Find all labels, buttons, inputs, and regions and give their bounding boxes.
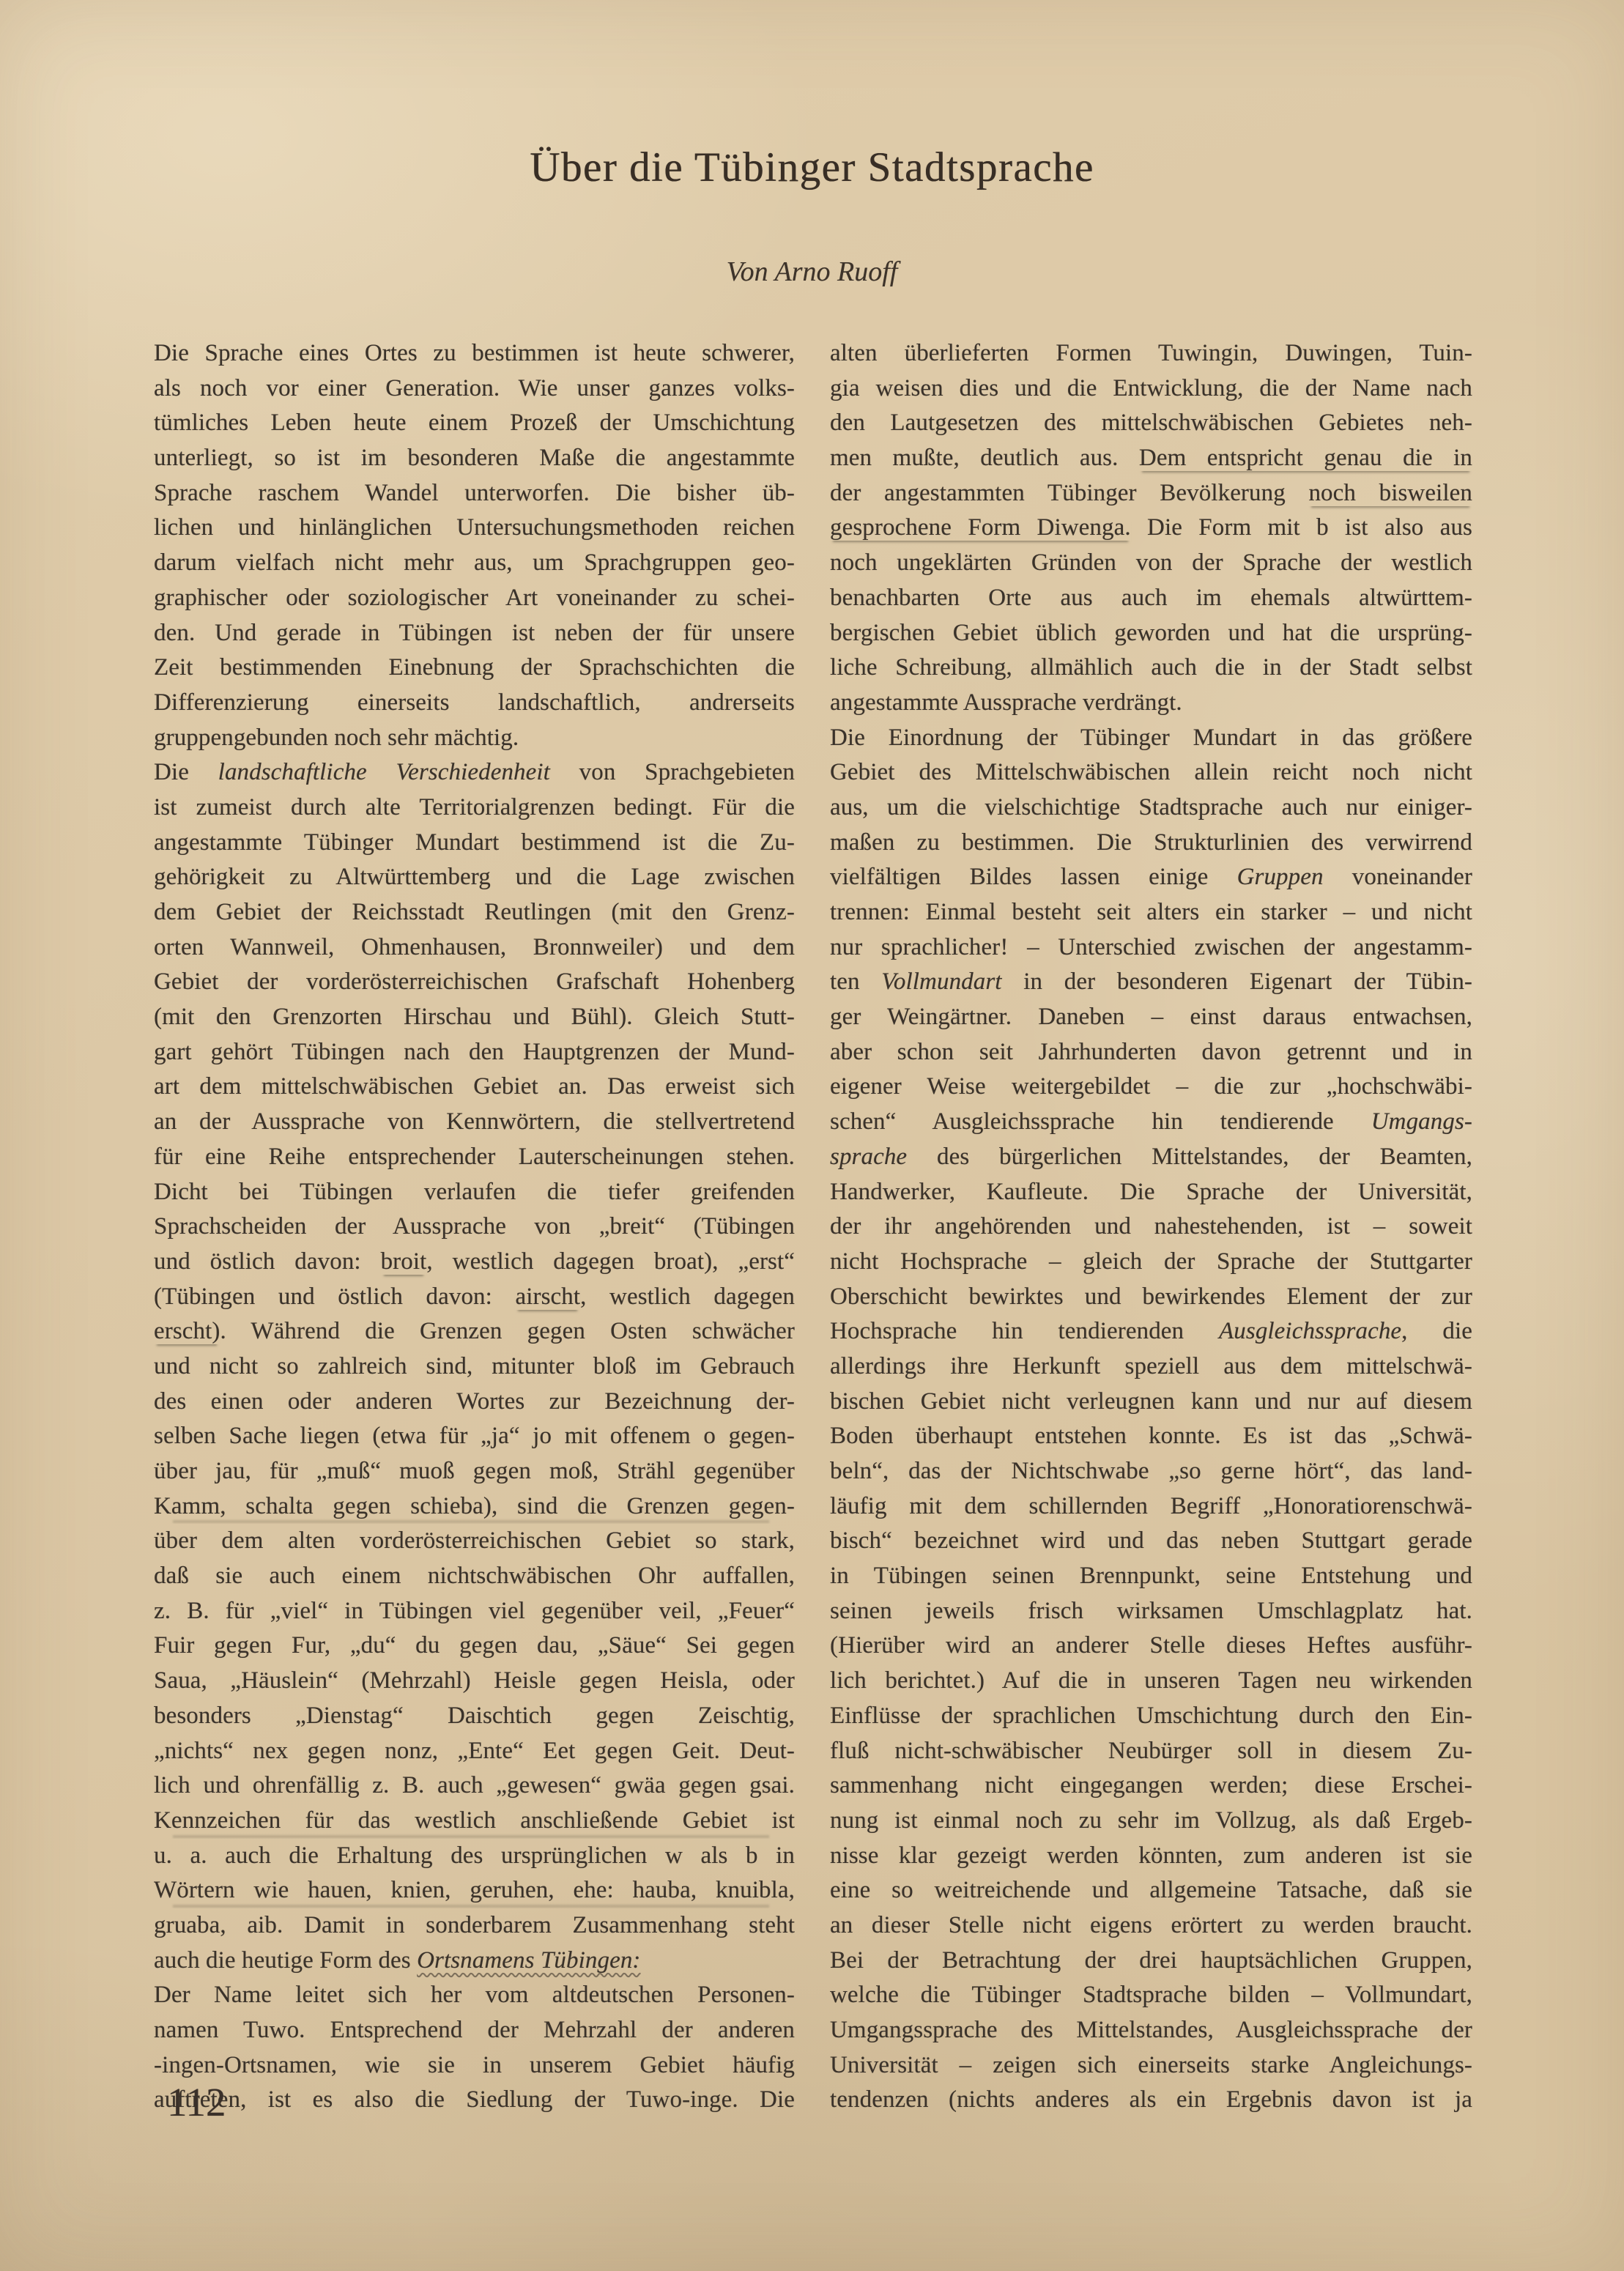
text-segment: graphischer oder soziologischer Art vone…	[154, 585, 795, 611]
italic-text: Vollmundart	[881, 968, 1001, 995]
pencil-underlined-text: erscht)	[154, 1318, 220, 1344]
text-line: Einflüsse der sprachlichen Umschichtung …	[830, 1699, 1472, 1734]
column-left: Die Sprache eines Ortes zu bestimmen ist…	[154, 336, 795, 2118]
text-segment: Kennzeichen für das westlich anschließen…	[154, 1807, 795, 1834]
text-segment: schen“ Ausgleichssprache hin tendierende	[830, 1108, 1371, 1135]
text-line: und östlich davon: broit, westlich dageg…	[154, 1245, 795, 1280]
italic-text: Gruppen	[1237, 864, 1324, 890]
text-segment: der angestammten Tübinger Bevölkerung	[830, 480, 1308, 506]
text-segment: eigener Weise weitergebildet – die zur „…	[830, 1073, 1472, 1100]
text-line: besonders „Dienstag“ Daischtich gegen Ze…	[154, 1699, 795, 1734]
text-line: und nicht so zahlreich sind, mitunter bl…	[154, 1349, 795, 1385]
text-line: der ihr angehörenden und nahestehenden, …	[830, 1209, 1472, 1245]
text-line: Saua, „Häuslein“ (Mehrzahl) Heisle gegen…	[154, 1664, 795, 1699]
text-segment: Saua, „Häuslein“ (Mehrzahl) Heisle gegen…	[154, 1667, 795, 1694]
text-segment: Die Form mit b ist also aus	[1131, 514, 1472, 541]
text-line: gia weisen dies und die Entwicklung, die…	[830, 371, 1472, 407]
text-line: auftreten, ist es also die Siedlung der …	[154, 2083, 795, 2118]
text-segment: Die Einordnung der Tübinger Mundart in d…	[830, 725, 1472, 751]
text-segment: sammenhang nicht eingegangen werden; die…	[830, 1772, 1472, 1798]
text-segment: darum vielfach nicht mehr aus, um Sprach…	[154, 549, 795, 576]
text-segment: für eine Reihe entsprechender Lautersche…	[154, 1144, 795, 1170]
text-segment: . Während die Grenzen gegen Osten schwäc…	[220, 1318, 795, 1344]
text-line: gart gehört Tübingen nach den Hauptgrenz…	[154, 1035, 795, 1070]
text-line: erscht). Während die Grenzen gegen Osten…	[154, 1314, 795, 1349]
text-segment: des bürgerlichen Mittelstandes, der Beam…	[907, 1144, 1472, 1170]
text-line: Universität – zeigen sich einerseits sta…	[830, 2048, 1472, 2083]
text-line: Bei der Betrachtung der drei hauptsächli…	[830, 1944, 1472, 1979]
text-line: alten überlieferten Formen Tuwingin, Duw…	[830, 336, 1472, 371]
text-line: Zeit bestimmenden Einebnung der Sprachsc…	[154, 651, 795, 686]
text-segment: Boden überhaupt entstehen konnte. Es ist…	[830, 1423, 1472, 1449]
text-segment: nung ist einmal noch zu sehr im Vollzug,…	[830, 1807, 1472, 1834]
text-segment: eine so weitreichende und allgemeine Tat…	[830, 1877, 1472, 1903]
text-line: Der Name leitet sich her vom altdeutsche…	[154, 1978, 795, 2013]
text-line: über jau, für „muß“ muoß gegen moß, Strä…	[154, 1454, 795, 1489]
text-line: Kennzeichen für das westlich anschließen…	[154, 1804, 795, 1839]
text-segment: seinen jeweils frisch wirksamen Umschlag…	[830, 1598, 1472, 1624]
text-segment: Sprache raschem Wandel unterworfen. Die …	[154, 480, 795, 506]
text-line: graphischer oder soziologischer Art vone…	[154, 581, 795, 616]
text-line: beln“, das der Nichtschwabe „so gerne hö…	[830, 1454, 1472, 1489]
text-line: ist zumeist durch alte Territorialgrenze…	[154, 790, 795, 826]
text-segment: z. B. für „viel“ in Tübingen viel gegenü…	[154, 1598, 795, 1624]
text-segment: von Sprachgebieten	[550, 759, 795, 785]
italic-text: landschaftliche Verschiedenheit	[218, 759, 550, 785]
text-segment: und östlich davon:	[154, 1248, 381, 1275]
italic-text: sprache	[830, 1144, 907, 1170]
text-line: Fuir gegen Fur, „du“ du gegen dau, „Säue…	[154, 1629, 795, 1664]
text-line: an dieser Stelle nicht eigens erörtert z…	[830, 1908, 1472, 1944]
text-line: nur sprachlicher! – Unterschied zwischen…	[830, 930, 1472, 966]
text-line: aus, um die vielschichtige Stadtsprache …	[830, 790, 1472, 826]
text-line: angestammte Aussprache verdrängt.	[830, 686, 1472, 721]
text-segment: namen Tuwo. Entsprechend der Mehrzahl de…	[154, 2017, 795, 2043]
pencil-underlined-text: gesprochene Form Diwenga.	[830, 514, 1131, 541]
text-line: liche Schreibung, allmählich auch die in…	[830, 651, 1472, 686]
text-segment: Handwerker, Kaufleute. Die Sprache der U…	[830, 1179, 1472, 1205]
text-segment: Sprachscheiden der Aussprache von „breit…	[154, 1213, 795, 1240]
text-segment: , westlich dagegen broat), „erst“	[426, 1248, 795, 1275]
text-line: Die Sprache eines Ortes zu bestimmen ist…	[154, 336, 795, 371]
text-segment: gruaba, aib. Damit in sonderbarem Zusamm…	[154, 1912, 795, 1938]
text-segment: unterliegt, so ist im besonderen Maße di…	[154, 445, 795, 471]
text-line: lichen und hinlänglichen Untersuchungsme…	[154, 511, 795, 546]
text-line: an der Aussprache von Kennwörtern, die s…	[154, 1105, 795, 1140]
text-segment: Die	[154, 759, 218, 785]
text-segment: men mußte, deutlich aus.	[830, 445, 1139, 471]
text-segment: auftreten, ist es also die Siedlung der …	[154, 2086, 795, 2113]
text-line: nisse klar gezeigt werden könnten, zum a…	[830, 1839, 1472, 1874]
text-line: -ingen-Ortsnamen, wie sie in unserem Geb…	[154, 2048, 795, 2083]
text-line: als noch vor einer Generation. Wie unser…	[154, 371, 795, 407]
text-line: aber schon seit Jahrhunderten davon getr…	[830, 1035, 1472, 1070]
text-segment: Gebiet des Mittelschwäbischen allein rei…	[830, 759, 1472, 785]
text-segment: den Lautgesetzen des mittelschwäbischen …	[830, 410, 1472, 436]
text-segment: der ihr angehörenden und nahestehenden, …	[830, 1213, 1472, 1240]
pencil-underlined-text: noch bisweilen	[1308, 480, 1472, 506]
text-line: trennen: Einmal besteht seit alters ein …	[830, 895, 1472, 930]
text-line: seinen jeweils frisch wirksamen Umschlag…	[830, 1594, 1472, 1629]
text-line: nung ist einmal noch zu sehr im Vollzug,…	[830, 1804, 1472, 1839]
text-line: Boden überhaupt entstehen konnte. Es ist…	[830, 1419, 1472, 1454]
text-line: darum vielfach nicht mehr aus, um Sprach…	[154, 546, 795, 581]
text-segment: allerdings ihre Herkunft speziell aus de…	[830, 1353, 1472, 1379]
text-line: sprache des bürgerlichen Mittelstandes, …	[830, 1140, 1472, 1175]
text-line: namen Tuwo. Entsprechend der Mehrzahl de…	[154, 2013, 795, 2048]
text-segment: besonders „Dienstag“ Daischtich gegen Ze…	[154, 1703, 795, 1729]
text-line: Kamm, schalta gegen schieba), sind die G…	[154, 1489, 795, 1525]
text-line: der angestammten Tübinger Bevölkerung no…	[830, 476, 1472, 511]
text-segment: in der besonderen Eigenart der Tübin-	[1002, 968, 1472, 995]
text-segment: Wörtern wie hauen, knien, geruhen, ehe: …	[154, 1877, 795, 1903]
text-segment: angestammte Tübinger Mundart bestimmend …	[154, 829, 795, 856]
scanned-book-page: Über die Tübinger Stadtsprache Von Arno …	[0, 0, 1624, 2271]
text-line: selben Sache liegen (etwa für „ja“ jo mi…	[154, 1419, 795, 1454]
text-segment: fluß nicht-schwäbischer Neubürger soll i…	[830, 1738, 1472, 1764]
text-segment: Dicht bei Tübingen verlaufen die tiefer …	[154, 1179, 795, 1205]
text-segment: aus, um die vielschichtige Stadtsprache …	[830, 794, 1472, 820]
text-line: bergischen Gebiet üblich geworden und ha…	[830, 616, 1472, 651]
text-line: art dem mittelschwäbischen Gebiet an. Da…	[154, 1070, 795, 1105]
text-segment: Der Name leitet sich her vom altdeutsche…	[154, 1982, 795, 2008]
text-line: daß sie auch einem nichtschwäbischen Ohr…	[154, 1559, 795, 1594]
text-line: welche die Tübinger Stadtsprache bilden …	[830, 1978, 1472, 2013]
text-segment: über jau, für „muß“ muoß gegen moß, Strä…	[154, 1458, 795, 1484]
text-line: bischen Gebiet nicht verleugnen kann und…	[830, 1385, 1472, 1420]
text-segment: daß sie auch einem nichtschwäbischen Ohr…	[154, 1563, 795, 1589]
text-line: gehörigkeit zu Altwürttemberg und die La…	[154, 860, 795, 895]
text-line: schen“ Ausgleichssprache hin tendierende…	[830, 1105, 1472, 1140]
text-line: gruppengebunden noch sehr mächtig.	[154, 721, 795, 756]
text-segment: lich und ohrenfällig z. B. auch „gewesen…	[154, 1772, 795, 1798]
text-line: sammenhang nicht eingegangen werden; die…	[830, 1768, 1472, 1804]
text-line: eine so weitreichende und allgemeine Tat…	[830, 1873, 1472, 1908]
text-line: lich berichtet.) Auf die in unseren Tage…	[830, 1664, 1472, 1699]
text-line: den. Und gerade in Tübingen ist neben de…	[154, 616, 795, 651]
text-line: noch ungeklärten Gründen von der Sprache…	[830, 546, 1472, 581]
text-line: auch die heutige Form des Ortsnamens Tüb…	[154, 1944, 795, 1979]
text-line: Umgangssprache des Mittelstandes, Ausgle…	[830, 2013, 1472, 2048]
text-line: unterliegt, so ist im besonderen Maße di…	[154, 441, 795, 476]
text-segment: aber schon seit Jahrhunderten davon getr…	[830, 1039, 1472, 1065]
text-line: u. a. auch die Erhaltung des ursprünglic…	[154, 1839, 795, 1874]
text-segment: voneinander	[1324, 864, 1472, 890]
column-right: alten überlieferten Formen Tuwingin, Duw…	[830, 336, 1472, 2118]
text-segment: bergischen Gebiet üblich geworden und ha…	[830, 620, 1472, 646]
text-line: Sprache raschem Wandel unterworfen. Die …	[154, 476, 795, 511]
text-line: Gebiet der vorderösterreichischen Grafsc…	[154, 965, 795, 1000]
text-segment: tümliches Leben heute einem Prozeß der U…	[154, 410, 795, 436]
text-segment: Einflüsse der sprachlichen Umschichtung …	[830, 1703, 1472, 1729]
text-line: dem Gebiet der Reichsstadt Reutlingen (m…	[154, 895, 795, 930]
text-line: Sprachscheiden der Aussprache von „breit…	[154, 1209, 795, 1245]
text-segment: nur sprachlicher! – Unterschied zwischen…	[830, 934, 1472, 960]
text-line: Die Einordnung der Tübinger Mundart in d…	[830, 721, 1472, 756]
text-segment: u. a. auch die Erhaltung des ursprünglic…	[154, 1842, 795, 1869]
text-line: in Tübingen seinen Brennpunkt, seine Ent…	[830, 1559, 1472, 1594]
text-segment: Bei der Betrachtung der drei hauptsächli…	[830, 1947, 1472, 1974]
page-number: 112	[167, 2079, 226, 2125]
text-line: gruaba, aib. Damit in sonderbarem Zusamm…	[154, 1908, 795, 1944]
text-segment: beln“, das der Nichtschwabe „so gerne hö…	[830, 1458, 1472, 1484]
text-segment: Umgangssprache des Mittelstandes, Ausgle…	[830, 2017, 1472, 2043]
text-segment: noch ungeklärten Gründen von der Sprache…	[830, 549, 1472, 576]
text-segment: Gebiet der vorderösterreichischen Grafsc…	[154, 968, 795, 995]
text-line: fluß nicht-schwäbischer Neubürger soll i…	[830, 1734, 1472, 1769]
text-segment: als noch vor einer Generation. Wie unser…	[154, 375, 795, 401]
text-segment: gia weisen dies und die Entwicklung, die…	[830, 375, 1472, 401]
text-line: gesprochene Form Diwenga. Die Form mit b…	[830, 511, 1472, 546]
text-segment: orten Wannweil, Ohmenhausen, Bronnweiler…	[154, 934, 795, 960]
text-line: vielfältigen Bildes lassen einige Gruppe…	[830, 860, 1472, 895]
text-line: Gebiet des Mittelschwäbischen allein rei…	[830, 755, 1472, 790]
pencil-underlined-text: Dem entspricht genau die in	[1139, 445, 1472, 471]
text-segment: art dem mittelschwäbischen Gebiet an. Da…	[154, 1073, 795, 1100]
text-segment: „nichts“ nex gegen nonz, „Ente“ Eet gege…	[154, 1738, 795, 1764]
text-line: benachbarten Orte aus auch im ehemals al…	[830, 581, 1472, 616]
text-segment: selben Sache liegen (etwa für „ja“ jo mi…	[154, 1423, 795, 1449]
text-columns: Die Sprache eines Ortes zu bestimmen ist…	[154, 336, 1472, 2118]
text-line: „nichts“ nex gegen nonz, „Ente“ Eet gege…	[154, 1734, 795, 1769]
text-line: z. B. für „viel“ in Tübingen viel gegenü…	[154, 1594, 795, 1629]
text-line: Die landschaftliche Verschiedenheit von …	[154, 755, 795, 790]
text-line: des einen oder anderen Wortes zur Bezeic…	[154, 1385, 795, 1420]
text-segment: bisch“ bezeichnet wird und das neben Stu…	[830, 1527, 1472, 1554]
text-segment: -ingen-Ortsnamen, wie sie in unserem Geb…	[154, 2052, 795, 2078]
text-segment: Oberschicht bewirktes und bewirkendes El…	[830, 1283, 1472, 1310]
text-line: Wörtern wie hauen, knien, geruhen, ehe: …	[154, 1873, 795, 1908]
text-line: Handwerker, Kaufleute. Die Sprache der U…	[830, 1175, 1472, 1210]
text-line: bisch“ bezeichnet wird und das neben Stu…	[830, 1524, 1472, 1559]
text-line: lich und ohrenfällig z. B. auch „gewesen…	[154, 1768, 795, 1804]
text-segment: (Tübingen und östlich davon:	[154, 1283, 515, 1310]
text-segment: Hochsprache hin tendierenden	[830, 1318, 1219, 1344]
text-segment: ist zumeist durch alte Territorialgrenze…	[154, 794, 795, 820]
text-line: men mußte, deutlich aus. Dem entspricht …	[830, 441, 1472, 476]
text-line: Dicht bei Tübingen verlaufen die tiefer …	[154, 1175, 795, 1210]
text-segment: welche die Tübinger Stadtsprache bilden …	[830, 1982, 1472, 2008]
page-title: Über die Tübinger Stadtsprache	[0, 144, 1624, 191]
text-segment: , die	[1401, 1318, 1472, 1344]
text-line: ten Vollmundart in der besonderen Eigena…	[830, 965, 1472, 1000]
text-line: maßen zu bestimmen. Die Strukturlinien d…	[830, 826, 1472, 861]
text-segment: ger Weingärtner. Daneben – einst daraus …	[830, 1004, 1472, 1030]
text-segment: , westlich dagegen	[580, 1283, 795, 1310]
text-line: tümliches Leben heute einem Prozeß der U…	[154, 406, 795, 441]
pencil-underlined-text: broit	[381, 1248, 427, 1275]
pencil-underlined-text: airscht	[515, 1283, 580, 1310]
italic-text: Ausgleichssprache	[1219, 1318, 1401, 1344]
text-line: (Hierüber wird an anderer Stelle dieses …	[830, 1629, 1472, 1664]
text-segment: dem Gebiet der Reichsstadt Reutlingen (m…	[154, 899, 795, 925]
text-line: nicht Hochsprache – gleich der Sprache d…	[830, 1245, 1472, 1280]
text-line: den Lautgesetzen des mittelschwäbischen …	[830, 406, 1472, 441]
text-segment: gehörigkeit zu Altwürttemberg und die La…	[154, 864, 795, 890]
text-line: angestammte Tübinger Mundart bestimmend …	[154, 826, 795, 861]
text-line: läufig mit dem schillernden Begriff „Hon…	[830, 1489, 1472, 1525]
text-segment: in Tübingen seinen Brennpunkt, seine Ent…	[830, 1563, 1472, 1589]
text-segment: gart gehört Tübingen nach den Hauptgrenz…	[154, 1039, 795, 1065]
text-segment: ten	[830, 968, 881, 995]
text-line: über dem alten vorderösterreichischen Ge…	[154, 1524, 795, 1559]
text-line: Oberschicht bewirktes und bewirkendes El…	[830, 1280, 1472, 1315]
byline: Von Arno Ruoff	[0, 256, 1624, 288]
text-segment: angestammte Aussprache verdrängt.	[830, 689, 1182, 716]
text-segment: gruppengebunden noch sehr mächtig.	[154, 725, 519, 751]
text-segment: nisse klar gezeigt werden könnten, zum a…	[830, 1842, 1472, 1869]
text-line: (mit den Grenzorten Hirschau und Bühl). …	[154, 1000, 795, 1035]
text-segment: Zeit bestimmenden Einebnung der Sprachsc…	[154, 654, 795, 681]
text-segment: des einen oder anderen Wortes zur Bezeic…	[154, 1388, 795, 1415]
text-segment: maßen zu bestimmen. Die Strukturlinien d…	[830, 829, 1472, 856]
text-segment: lich berichtet.) Auf die in unseren Tage…	[830, 1667, 1472, 1694]
text-segment: trennen: Einmal besteht seit alters ein …	[830, 899, 1472, 925]
text-segment: Kamm, schalta gegen schieba), sind die G…	[154, 1493, 795, 1519]
text-line: eigener Weise weitergebildet – die zur „…	[830, 1070, 1472, 1105]
text-line: Differenzierung einerseits landschaftlic…	[154, 686, 795, 721]
text-segment: über dem alten vorderösterreichischen Ge…	[154, 1527, 795, 1554]
text-line: für eine Reihe entsprechender Lautersche…	[154, 1140, 795, 1175]
text-segment: an der Aussprache von Kennwörtern, die s…	[154, 1108, 795, 1135]
text-segment: liche Schreibung, allmählich auch die in…	[830, 654, 1472, 681]
pencil-wavy-underlined-text: Ortsnamens Tübingen:	[417, 1947, 640, 1974]
text-segment: Differenzierung einerseits landschaftlic…	[154, 689, 795, 716]
text-segment: (Hierüber wird an anderer Stelle dieses …	[830, 1632, 1472, 1659]
text-line: ger Weingärtner. Daneben – einst daraus …	[830, 1000, 1472, 1035]
text-segment: benachbarten Orte aus auch im ehemals al…	[830, 585, 1472, 611]
text-segment: tendenzen (nichts anderes als ein Ergebn…	[830, 2086, 1472, 2113]
text-segment: vielfältigen Bildes lassen einige	[830, 864, 1237, 890]
text-segment: lichen und hinlänglichen Untersuchungsme…	[154, 514, 795, 541]
text-line: tendenzen (nichts anderes als ein Ergebn…	[830, 2083, 1472, 2118]
italic-text: Umgangs-	[1371, 1108, 1472, 1135]
text-segment: den. Und gerade in Tübingen ist neben de…	[154, 620, 795, 646]
text-line: Hochsprache hin tendierenden Ausgleichss…	[830, 1314, 1472, 1349]
text-segment: nicht Hochsprache – gleich der Sprache d…	[830, 1248, 1472, 1275]
text-segment: läufig mit dem schillernden Begriff „Hon…	[830, 1493, 1472, 1519]
text-segment: Universität – zeigen sich einerseits sta…	[830, 2052, 1472, 2078]
text-segment: Die Sprache eines Ortes zu bestimmen ist…	[154, 340, 795, 366]
text-segment: auch die heutige Form des	[154, 1947, 417, 1974]
text-line: (Tübingen und östlich davon: airscht, we…	[154, 1280, 795, 1315]
text-line: allerdings ihre Herkunft speziell aus de…	[830, 1349, 1472, 1385]
text-segment: Fuir gegen Fur, „du“ du gegen dau, „Säue…	[154, 1632, 795, 1659]
text-segment: bischen Gebiet nicht verleugnen kann und…	[830, 1388, 1472, 1415]
text-segment: alten überlieferten Formen Tuwingin, Duw…	[830, 340, 1472, 366]
text-line: orten Wannweil, Ohmenhausen, Bronnweiler…	[154, 930, 795, 966]
text-segment: und nicht so zahlreich sind, mitunter bl…	[154, 1353, 795, 1379]
text-segment: (mit den Grenzorten Hirschau und Bühl). …	[154, 1004, 795, 1030]
text-segment: an dieser Stelle nicht eigens erörtert z…	[830, 1912, 1472, 1938]
